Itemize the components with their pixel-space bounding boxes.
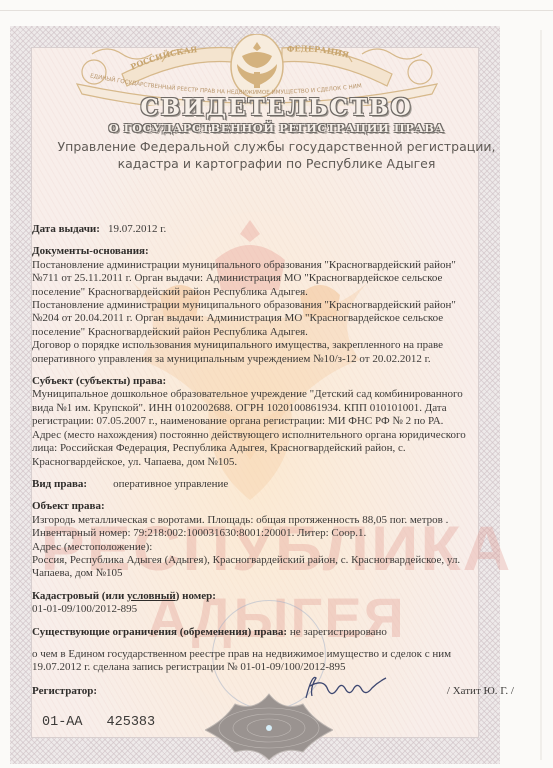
- serial-series: 01-АА: [42, 715, 83, 730]
- subject-text: Муниципальное дошкольное образовательное…: [32, 388, 472, 468]
- certificate-body: Дата выдачи:19.07.2012 г. Документы-осно…: [32, 223, 472, 684]
- restrictions-row: Существующие ограничения (обременения) п…: [32, 626, 472, 639]
- hologram-icon: [205, 690, 333, 760]
- issuing-office-line1: Управление Федеральной службы государств…: [0, 138, 553, 155]
- right-type-row: Вид права:оперативное управление: [32, 478, 472, 491]
- issue-date-label: Дата выдачи:: [32, 223, 100, 235]
- right-type-label: Вид права:: [32, 478, 87, 490]
- registration-record-text: о чем в Едином государственном реестре п…: [32, 648, 472, 675]
- right-type-value: оперативное управление: [113, 478, 228, 490]
- cadastral-number: 01-01-09/100/2012-895: [32, 603, 472, 616]
- object-address: Россия, Республика Адыгея (Адыгея), Крас…: [32, 554, 472, 581]
- cadastral-section: Кадастровый (или условный) номер: 01-01-…: [32, 590, 472, 617]
- certificate-subtitle: О ГОСУДАРСТВЕННОЙ РЕГИСТРАЦИИ ПРАВА: [0, 121, 553, 135]
- basis-documents-label: Документы-основания:: [32, 245, 472, 258]
- issuing-office: Управление Федеральной службы государств…: [0, 138, 553, 172]
- basis-document-item: Постановление администрации муниципально…: [32, 299, 472, 339]
- cadastral-label-suffix: ) номер:: [176, 590, 216, 602]
- serial-number: 425383: [107, 715, 156, 730]
- subject-label: Субъект (субъекты) права:: [32, 375, 472, 388]
- object-label: Объект права:: [32, 500, 472, 513]
- scan-edge-line: [0, 10, 553, 11]
- basis-document-item: Постановление администрации муниципально…: [32, 259, 472, 299]
- object-inventory-number: Инвентарный номер: 79:218:002:100031630:…: [32, 527, 472, 540]
- restrictions-value: не зарегистрировано: [290, 626, 387, 638]
- form-serial-number: 01-АА425383: [42, 715, 155, 730]
- registration-record: о чем в Едином государственном реестре п…: [32, 648, 472, 675]
- issue-date-value: 19.07.2012 г.: [108, 223, 166, 235]
- certificate-title: СВИДЕТЕЛЬСТВО: [0, 94, 553, 121]
- object-section: Объект права: Изгородь металлическая с в…: [32, 500, 472, 580]
- issuing-office-line2: кадастра и картографии по Республике Ады…: [0, 155, 553, 172]
- restrictions-label: Существующие ограничения (обременения) п…: [32, 626, 287, 638]
- cadastral-label-prefix: Кадастровый (или: [32, 590, 127, 602]
- cadastral-label: Кадастровый (или условный) номер:: [32, 590, 472, 603]
- object-description: Изгородь металлическая с воротами. Площа…: [32, 514, 472, 527]
- issue-date-row: Дата выдачи:19.07.2012 г.: [32, 223, 472, 236]
- basis-document-item: Договор о порядке использования муниципа…: [32, 339, 472, 366]
- subject-section: Субъект (субъекты) права: Муниципальное …: [32, 375, 472, 469]
- object-address-label: Адрес (местоположение):: [32, 541, 472, 554]
- registrar-name: / Хатит Ю. Г. /: [447, 685, 514, 697]
- registrar-label: Регистратор:: [32, 685, 97, 697]
- basis-documents-section: Документы-основания: Постановление админ…: [32, 245, 472, 366]
- cadastral-label-underlined: условный: [127, 590, 176, 602]
